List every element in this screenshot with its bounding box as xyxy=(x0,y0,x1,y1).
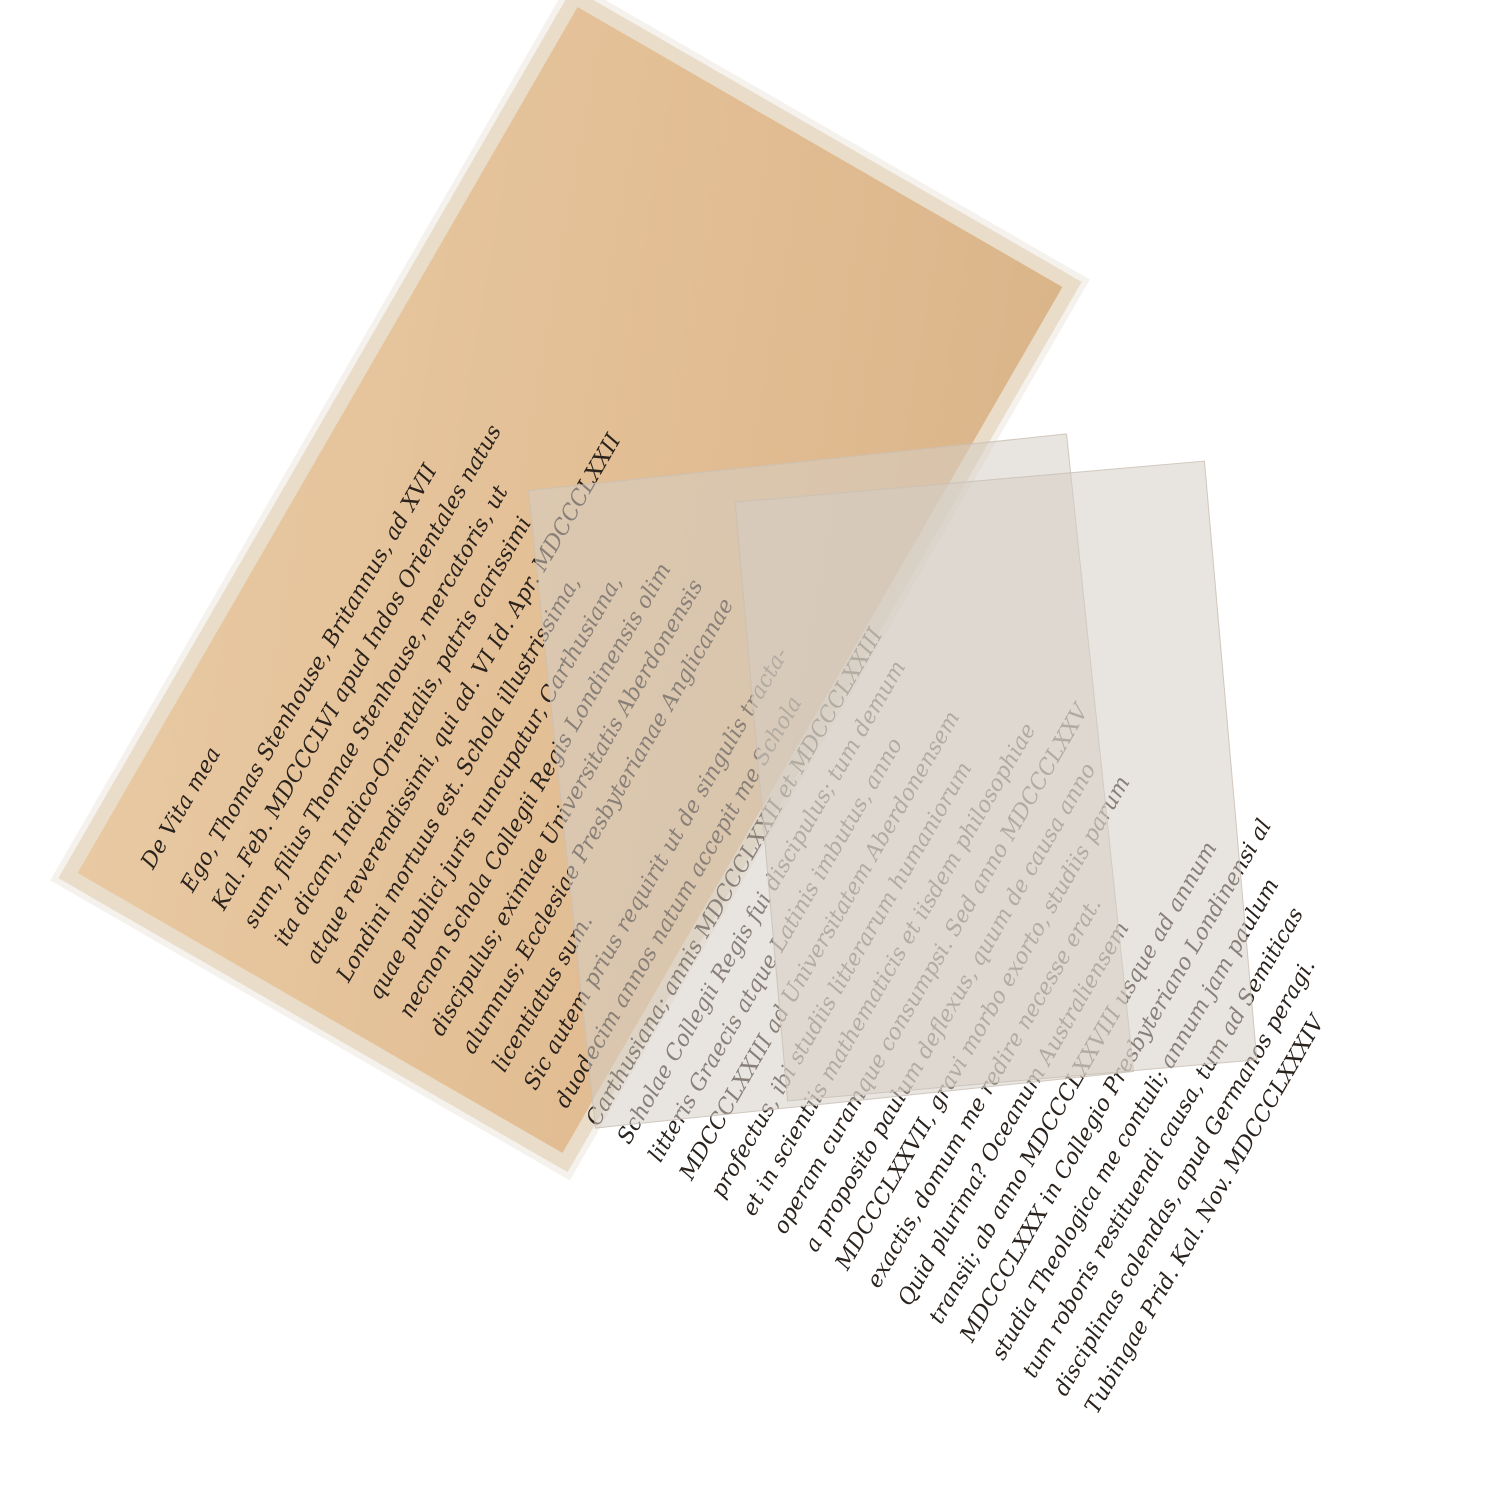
translucent-sleeve xyxy=(735,461,1258,1102)
product-scene: De Vita mea Ego, Thomas Stenhouse, Brita… xyxy=(0,0,1500,1500)
